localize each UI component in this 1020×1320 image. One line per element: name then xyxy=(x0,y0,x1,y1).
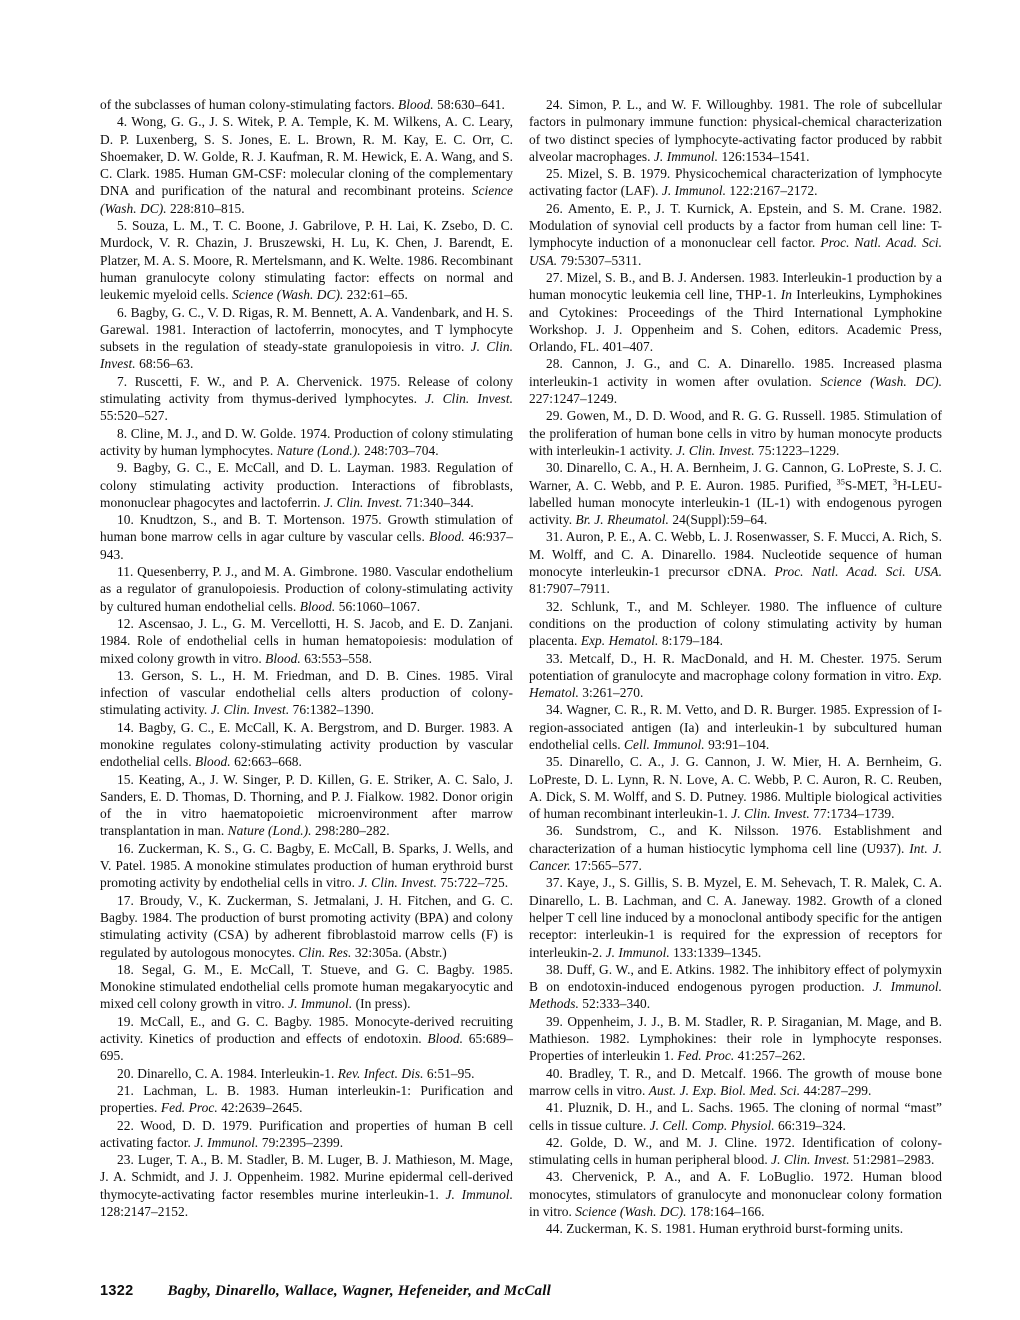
reference-item: 29. Gowen, M., D. D. Wood, and R. G. G. … xyxy=(529,407,942,459)
journal-references-page: of the subclasses of human colony-stimul… xyxy=(0,0,1020,1320)
reference-item: 41. Pluznik, D. H., and L. Sachs. 1965. … xyxy=(529,1099,942,1134)
reference-item: 23. Luger, T. A., B. M. Stadler, B. M. L… xyxy=(100,1151,513,1220)
reference-item: 6. Bagby, G. C., V. D. Rigas, R. M. Benn… xyxy=(100,304,513,373)
reference-item: 7. Ruscetti, F. W., and P. A. Chervenick… xyxy=(100,373,513,425)
page-footer: 1322 Bagby, Dinarello, Wallace, Wagner, … xyxy=(100,1283,941,1300)
reference-item: 14. Bagby, G. C., E. McCall, K. A. Bergs… xyxy=(100,719,513,771)
running-title: Bagby, Dinarello, Wallace, Wagner, Hefen… xyxy=(167,1283,551,1300)
reference-item: 39. Oppenheim, J. J., B. M. Stadler, R. … xyxy=(529,1013,942,1065)
reference-item: 27. Mizel, S. B., and B. J. Andersen. 19… xyxy=(529,269,942,355)
reference-item: 9. Bagby, G. C., E. McCall, and D. L. La… xyxy=(100,459,513,511)
reference-item: 15. Keating, A., J. W. Singer, P. D. Kil… xyxy=(100,771,513,840)
reference-item: 31. Auron, P. E., A. C. Webb, L. J. Rose… xyxy=(529,528,942,597)
reference-item: 32. Schlunk, T., and M. Schleyer. 1980. … xyxy=(529,598,942,650)
reference-item: 21. Lachman, L. B. 1983. Human interleuk… xyxy=(100,1082,513,1117)
references-column-left: of the subclasses of human colony-stimul… xyxy=(100,96,513,1220)
reference-item: 18. Segal, G. M., E. McCall, T. Stueve, … xyxy=(100,961,513,1013)
reference-item: of the subclasses of human colony-stimul… xyxy=(100,96,513,113)
reference-item: 8. Cline, M. J., and D. W. Golde. 1974. … xyxy=(100,425,513,460)
reference-item: 35. Dinarello, C. A., J. G. Cannon, J. W… xyxy=(529,753,942,822)
reference-item: 22. Wood, D. D. 1979. Purification and p… xyxy=(100,1117,513,1152)
reference-item: 25. Mizel, S. B. 1979. Physicochemical c… xyxy=(529,165,942,200)
page-number: 1322 xyxy=(100,1283,133,1299)
reference-item: 40. Bradley, T. R., and D. Metcalf. 1966… xyxy=(529,1065,942,1100)
reference-item: 12. Ascensao, J. L., G. M. Vercellotti, … xyxy=(100,615,513,667)
reference-item: 33. Metcalf, D., H. R. MacDonald, and H.… xyxy=(529,650,942,702)
reference-item: 11. Quesenberry, P. J., and M. A. Gimbro… xyxy=(100,563,513,615)
reference-item: 24. Simon, P. L., and W. F. Willoughby. … xyxy=(529,96,942,165)
reference-item: 26. Amento, E. P., J. T. Kurnick, A. Eps… xyxy=(529,200,942,269)
reference-item: 28. Cannon, J. G., and C. A. Dinarello. … xyxy=(529,355,942,407)
reference-item: 10. Knudtzon, S., and B. T. Mortenson. 1… xyxy=(100,511,513,563)
references-column-right: 24. Simon, P. L., and W. F. Willoughby. … xyxy=(529,96,942,1238)
reference-item: 13. Gerson, S. L., H. M. Friedman, and D… xyxy=(100,667,513,719)
reference-item: 17. Broudy, V., K. Zuckerman, S. Jetmala… xyxy=(100,892,513,961)
reference-item: 20. Dinarello, C. A. 1984. Interleukin-1… xyxy=(100,1065,513,1082)
reference-item: 16. Zuckerman, K. S., G. C. Bagby, E. Mc… xyxy=(100,840,513,892)
reference-item: 43. Chervenick, P. A., and A. F. LoBugli… xyxy=(529,1168,942,1220)
reference-item: 44. Zuckerman, K. S. 1981. Human erythro… xyxy=(529,1220,942,1237)
reference-item: 30. Dinarello, C. A., H. A. Bernheim, J.… xyxy=(529,459,942,528)
reference-item: 36. Sundstrom, C., and K. Nilsson. 1976.… xyxy=(529,822,942,874)
reference-item: 19. McCall, E., and G. C. Bagby. 1985. M… xyxy=(100,1013,513,1065)
reference-item: 34. Wagner, C. R., R. M. Vetto, and D. R… xyxy=(529,701,942,753)
reference-item: 4. Wong, G. G., J. S. Witek, P. A. Templ… xyxy=(100,113,513,217)
reference-item: 5. Souza, L. M., T. C. Boone, J. Gabrilo… xyxy=(100,217,513,303)
reference-item: 42. Golde, D. W., and M. J. Cline. 1972.… xyxy=(529,1134,942,1169)
reference-item: 37. Kaye, J., S. Gillis, S. B. Myzel, E.… xyxy=(529,874,942,960)
reference-item: 38. Duff, G. W., and E. Atkins. 1982. Th… xyxy=(529,961,942,1013)
